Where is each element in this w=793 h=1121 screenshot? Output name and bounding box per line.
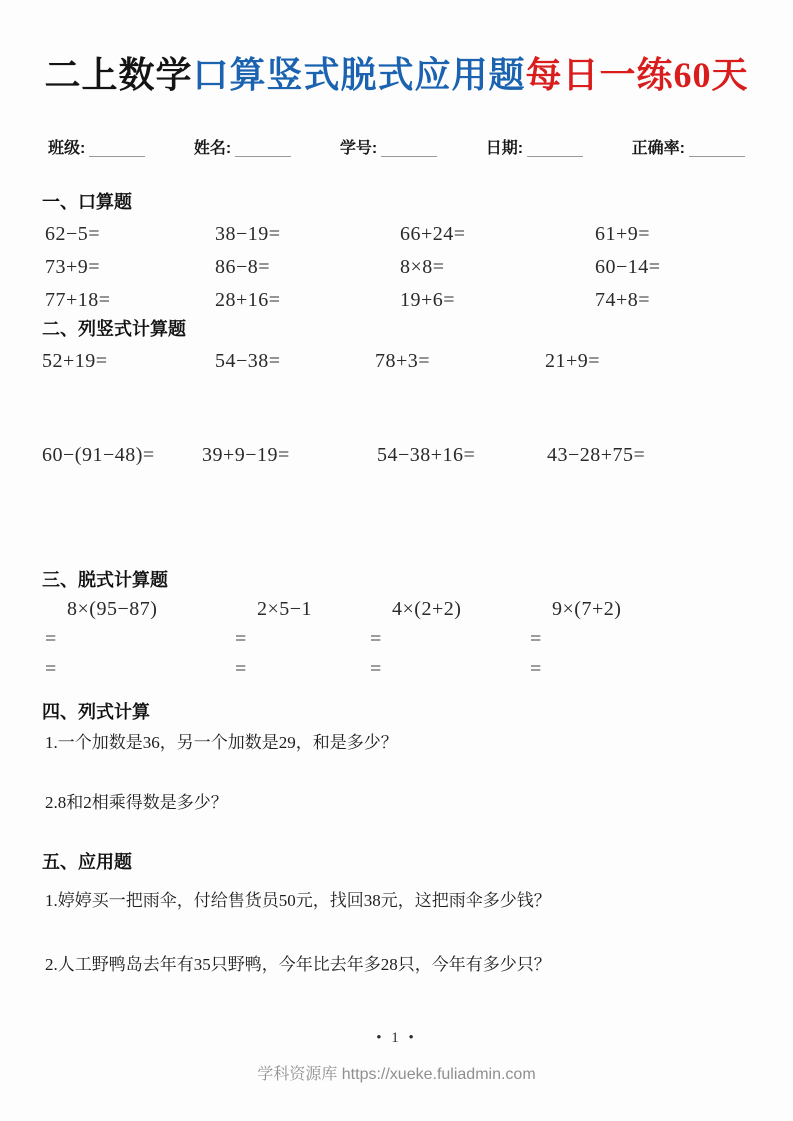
- field-date: 日期:: [486, 136, 583, 162]
- equals-sign: =: [370, 654, 530, 684]
- math-problem: 28+16=: [215, 284, 400, 317]
- equals-sign: =: [45, 654, 235, 684]
- math-problem: 54−38=: [215, 346, 375, 376]
- math-problem: 43−28+75=: [547, 440, 793, 470]
- math-problem: 60−14=: [595, 251, 793, 284]
- math-problem: 19+6=: [400, 284, 595, 317]
- stepwise-calculation-grid: 8×(95−87) 2×5−1 4×(2+2) 9×(7+2) = = = = …: [45, 594, 793, 684]
- math-problem: 52+19=: [42, 346, 215, 376]
- vertical-calculation-row1: 52+19= 54−38= 78+3= 21+9=: [42, 346, 793, 376]
- title-grade-part: 二上数学: [44, 55, 192, 95]
- math-problem: 8×(95−87): [45, 594, 235, 624]
- vertical-calculation-row2: 60−(91−48)= 39+9−19= 54−38+16= 43−28+75=: [42, 440, 793, 470]
- math-problem: 66+24=: [400, 218, 595, 251]
- field-name-label: 姓名:: [194, 140, 231, 157]
- field-accuracy: 正确率:: [632, 136, 745, 162]
- math-problem: 61+9=: [595, 218, 793, 251]
- field-student-number: 学号:: [340, 136, 437, 162]
- field-accuracy-label: 正确率:: [632, 140, 685, 157]
- word-problem: 1.婷婷买一把雨伞，付给售货员50元，找回38元，这把雨伞多少钱？: [45, 888, 793, 914]
- equals-sign: =: [530, 654, 793, 684]
- math-problem: 9×(7+2): [530, 594, 793, 624]
- field-date-label: 日期:: [486, 140, 523, 157]
- watermark-text: 学科资源库 https://xueke.fuliadmin.com: [0, 1064, 793, 1086]
- math-problem: 39+9−19=: [202, 440, 377, 470]
- equals-sign: =: [235, 654, 370, 684]
- field-date-blank: [527, 142, 583, 157]
- oral-calculation-grid: 62−5= 38−19= 66+24= 61+9= 73+9= 86−8= 8×…: [45, 218, 793, 317]
- field-student-number-blank: [381, 142, 437, 157]
- math-problem: 21+9=: [545, 346, 793, 376]
- worksheet-page: 二上数学口算竖式脱式应用题每日一练60天 班级: 姓名: 学号: 日期: 正确率…: [0, 0, 793, 1121]
- section3-heading: 三、脱式计算题: [42, 568, 793, 592]
- equals-sign: =: [370, 624, 530, 654]
- math-problem: 78+3=: [375, 346, 545, 376]
- math-problem: 62−5=: [45, 218, 215, 251]
- field-class-blank: [89, 142, 145, 157]
- section1-heading: 一、口算题: [42, 190, 793, 214]
- equals-sign: =: [530, 624, 793, 654]
- field-student-number-label: 学号:: [340, 140, 377, 157]
- section4-heading: 四、列式计算: [42, 700, 793, 724]
- equals-sign: =: [235, 624, 370, 654]
- section5-heading: 五、应用题: [42, 850, 793, 874]
- math-problem: 74+8=: [595, 284, 793, 317]
- field-name-blank: [235, 142, 291, 157]
- math-problem: 77+18=: [45, 284, 215, 317]
- word-problem: 2.8和2相乘得数是多少？: [45, 790, 793, 816]
- word-problem: 2.人工野鸭岛去年有35只野鸭，今年比去年多28只，今年有多少只？: [45, 952, 793, 978]
- math-problem: 38−19=: [215, 218, 400, 251]
- word-problem: 1.一个加数是36，另一个加数是29，和是多少？: [45, 730, 793, 756]
- page-number: • 1 •: [0, 1028, 793, 1048]
- math-problem: 60−(91−48)=: [42, 440, 202, 470]
- title-topic-part: 口算竖式脱式应用题: [192, 55, 525, 95]
- student-info-row: 班级: 姓名: 学号: 日期: 正确率:: [48, 136, 745, 162]
- field-class-label: 班级:: [48, 140, 85, 157]
- math-problem: 8×8=: [400, 251, 595, 284]
- math-problem: 4×(2+2): [370, 594, 530, 624]
- math-problem: 2×5−1: [235, 594, 370, 624]
- equals-sign: =: [45, 624, 235, 654]
- page-title: 二上数学口算竖式脱式应用题每日一练60天: [0, 52, 793, 98]
- math-problem: 86−8=: [215, 251, 400, 284]
- title-daily-part: 每日一练60天: [526, 55, 749, 95]
- math-problem: 73+9=: [45, 251, 215, 284]
- field-class: 班级:: [48, 136, 145, 162]
- field-name: 姓名:: [194, 136, 291, 162]
- math-problem: 54−38+16=: [377, 440, 547, 470]
- section2-heading: 二、列竖式计算题: [42, 317, 793, 341]
- field-accuracy-blank: [689, 142, 745, 157]
